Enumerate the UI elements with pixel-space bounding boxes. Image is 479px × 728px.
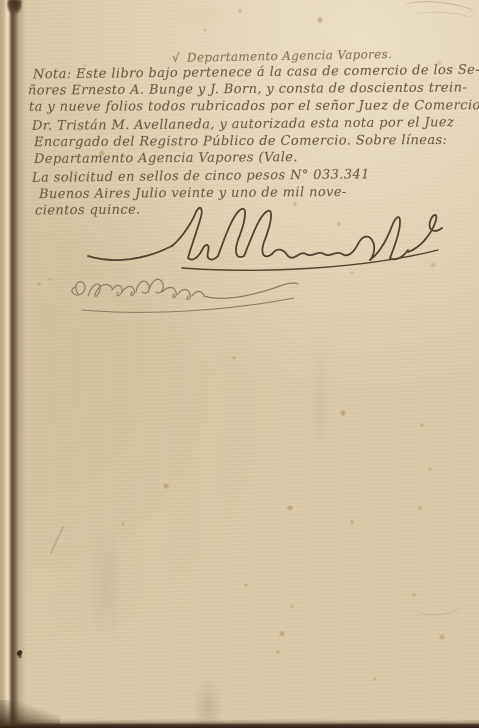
foxing-spot <box>276 650 280 654</box>
foxing-spot <box>121 522 125 526</box>
foxing-spot <box>163 483 169 489</box>
manuscript-line-8: Buenos Aires Julio veinte y uno de mil n… <box>39 185 347 202</box>
foxing-spot <box>420 423 424 427</box>
foxing-spot <box>287 505 293 511</box>
foxing-spot <box>83 63 87 67</box>
foxing-spot <box>337 222 341 226</box>
binding-dark-blotch-top <box>7 0 22 17</box>
manuscript-line-6: Departamento Agencia Vapores (Vale. <box>34 150 298 167</box>
foxing-spot <box>279 631 285 637</box>
foxing-spot <box>290 604 294 608</box>
foxing-spot <box>59 92 63 96</box>
signature-secretary <box>22 274 314 320</box>
scratch-mark <box>50 526 64 554</box>
manuscript-line-3: ta y nueve folios todos rubricados por e… <box>29 98 479 115</box>
manuscript-line-4: Dr. Tristán M. Avellaneda, y autorizada … <box>32 115 454 134</box>
section-heading-text: Departamento Agencia Vapores. <box>187 47 392 65</box>
faint-wrinkle-mark <box>415 593 465 618</box>
foxing-spot <box>293 202 297 206</box>
manuscript-line-7: La solicitud en sellos de cinco pesos N°… <box>32 167 370 186</box>
foxing-spot <box>350 520 354 524</box>
foxing-spot <box>203 28 207 32</box>
foxing-spot <box>350 271 354 275</box>
foxing-spot <box>244 583 248 587</box>
foxing-spot <box>439 634 445 640</box>
foxing-spot <box>428 467 432 471</box>
foxing-spot <box>48 277 52 281</box>
foxing-spot <box>99 150 105 156</box>
foxing-spot <box>317 17 323 23</box>
foxing-spot <box>232 356 236 360</box>
check-mark: √ <box>172 51 180 65</box>
book-binding-edge <box>0 0 26 728</box>
foxing-spot <box>430 262 436 268</box>
manuscript-line-2: ñores Ernesto A. Bunge y J. Born, y cons… <box>28 80 467 98</box>
section-heading: √Departamento Agencia Vapores. <box>172 47 392 65</box>
foxing-spot <box>238 9 242 13</box>
signature-avellaneda <box>86 204 452 278</box>
page-bottom-edge <box>0 719 479 728</box>
manuscript-line-1: Nota: Este libro bajo pertenece á la cas… <box>33 63 479 83</box>
foxing-spot <box>340 410 346 416</box>
manuscript-line-5: Encargado del Registro Público de Comerc… <box>34 133 447 150</box>
foxing-spot <box>373 677 377 681</box>
foxing-spot <box>418 506 422 510</box>
foxing-spot <box>37 282 41 286</box>
foxing-spot <box>412 593 416 597</box>
manuscript-page: √Departamento Agencia Vapores. Nota: Est… <box>0 0 479 728</box>
foxing-spot <box>436 60 442 66</box>
